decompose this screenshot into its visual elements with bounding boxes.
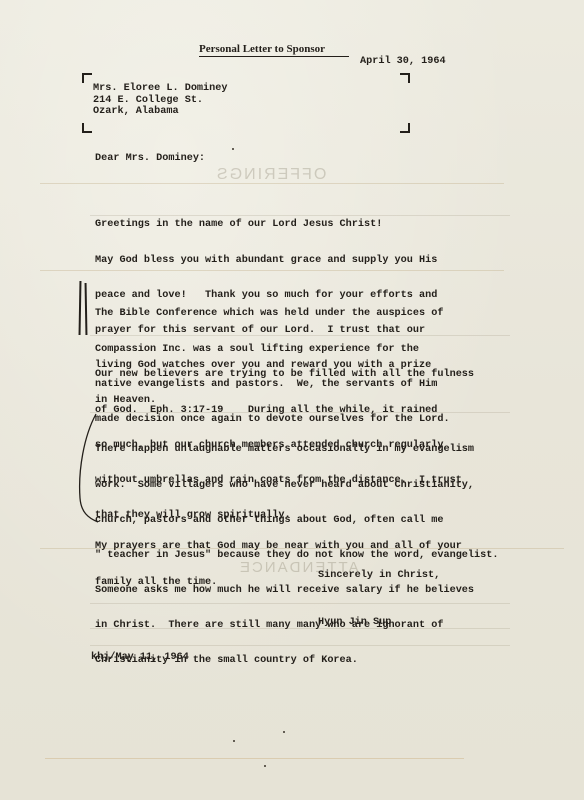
recipient-address: Mrs. Eloree L. Dominey214 E. College St.… [93, 83, 228, 118]
paragraph-line: work. Some villagers who have never hear… [95, 480, 499, 492]
letter-header-title: Personal Letter to Sponsor [199, 43, 349, 57]
paper-speck [233, 740, 235, 742]
paragraph-line: My prayers are that God may be near with… [95, 541, 462, 553]
letter-date: April 30, 1964 [360, 56, 446, 68]
paragraph-line: Our new believers are trying to be fille… [95, 369, 474, 381]
handwritten-margin-mark [85, 283, 88, 335]
recipient-name: Mrs. Eloree L. Dominey [93, 83, 228, 95]
address-corner-mark [82, 123, 92, 133]
paragraph-line: The Bible Conference which was held unde… [95, 308, 450, 320]
paragraph-prayers: My prayers are that God may be near with… [95, 518, 462, 612]
closing: Sincerely in Christ, [318, 570, 440, 582]
paragraph-line: of God. Eph. 3:17-19 During all the whil… [95, 405, 474, 417]
recipient-city: Ozark, Alabama [93, 106, 228, 118]
letter-page: OFFERINGS ATTENDANCE Personal Letter to … [0, 0, 584, 800]
recipient-street: 214 E. College St. [93, 95, 228, 107]
paragraph-line: May God bless you with abundant grace an… [95, 255, 437, 267]
typist-reference: khj/May 11, 1964 [91, 652, 189, 664]
handwritten-margin-mark [79, 281, 82, 335]
bleed-through-offerings: OFFERINGS [215, 166, 326, 184]
address-corner-mark [82, 73, 92, 83]
signature-name: Hyun Jin Sup [318, 617, 391, 629]
address-corner-mark [400, 123, 410, 133]
paragraph-line: in Christ. There are still many many who… [95, 620, 499, 632]
paragraph-line: Greetings in the name of our Lord Jesus … [95, 219, 437, 231]
paragraph-line: There happen unlaughable matters occasio… [95, 444, 499, 456]
salutation: Dear Mrs. Dominey: [95, 153, 205, 165]
paper-speck [264, 765, 266, 767]
paper-speck [232, 148, 234, 150]
fold-line [45, 758, 464, 759]
paper-speck [283, 731, 285, 733]
address-corner-mark [400, 73, 410, 83]
